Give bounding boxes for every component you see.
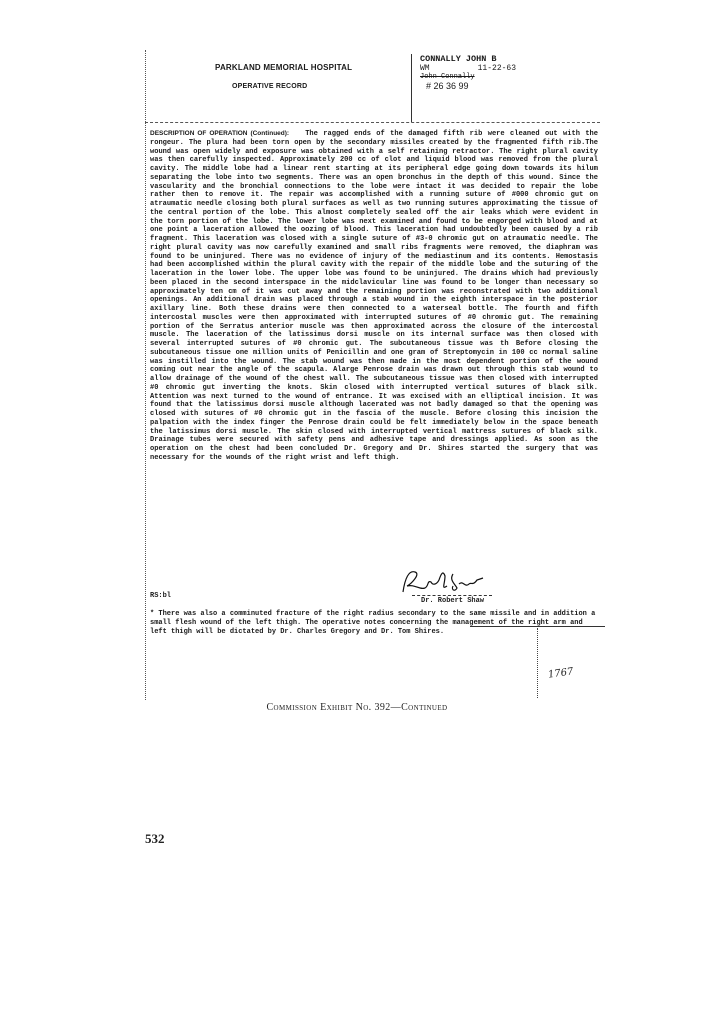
patient-name: CONNALLY JOHN B	[420, 55, 516, 64]
description-text: The ragged ends of the damaged fifth rib…	[150, 130, 598, 462]
handwritten-page-number: 1767	[547, 666, 574, 680]
header-divider	[145, 122, 600, 123]
stamp-date: 11-22-63	[478, 64, 516, 73]
header-divider-vertical	[411, 54, 412, 122]
form-left-border	[145, 50, 146, 700]
page-number: 532	[145, 831, 165, 847]
signer-name: Dr. Robert Shaw	[421, 597, 484, 605]
margin-line	[537, 628, 538, 698]
patient-stamp: CONNALLY JOHN B WM 11-22-63 John Connall…	[420, 55, 516, 91]
description-heading: DESCRIPTION OF OPERATION (Continued):	[150, 130, 289, 137]
hospital-name: PARKLAND MEMORIAL HOSPITAL	[215, 63, 352, 72]
footnote: * There was also a comminuted fracture o…	[150, 610, 598, 637]
operation-description: DESCRIPTION OF OPERATION (Continued): Th…	[150, 130, 598, 463]
stamp-code: WM	[420, 64, 430, 73]
signature-line	[412, 595, 492, 596]
handwritten-signature	[395, 566, 485, 596]
footnote-underline	[470, 626, 605, 627]
stamp-line: WM 11-22-63	[420, 64, 516, 73]
exhibit-caption: Commission Exhibit No. 392—Continued	[0, 702, 714, 713]
record-title: OPERATIVE RECORD	[232, 83, 307, 90]
typist-initials: RS:bl	[150, 592, 171, 600]
document-page: PARKLAND MEMORIAL HOSPITAL OPERATIVE REC…	[0, 0, 714, 1010]
record-number: # 26 36 99	[426, 82, 516, 91]
